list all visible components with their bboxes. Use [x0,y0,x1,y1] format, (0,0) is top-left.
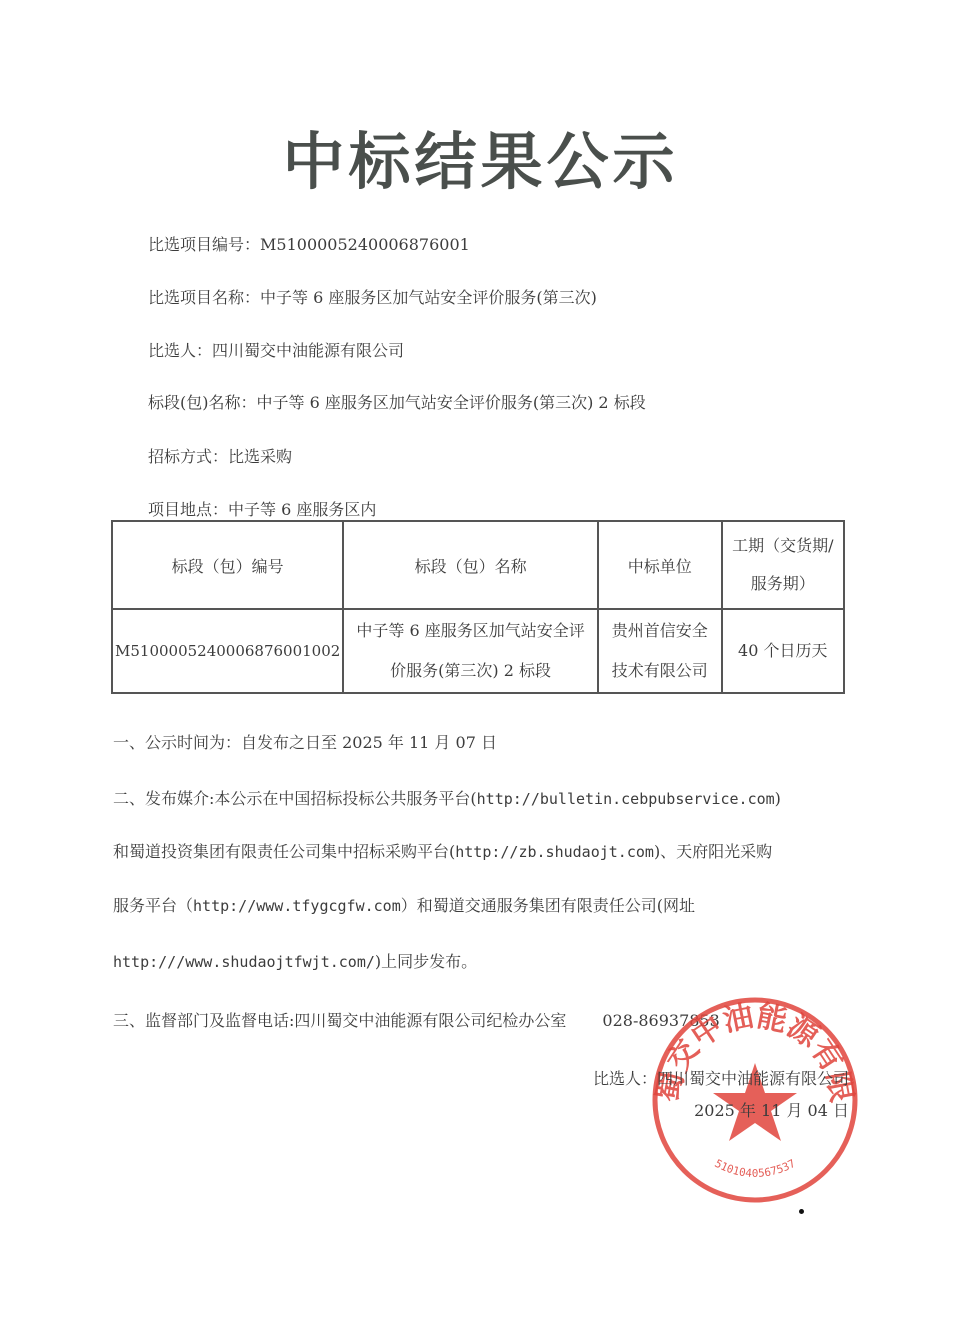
note-media-line1: 二、发布媒介:本公示在中国招标投标公共服务平台(http://bulletin.… [113,786,781,809]
field-label: 比选项目编号： [148,235,260,254]
field-value: 四川蜀交中油能源有限公司 [212,341,404,360]
note-text: ) [775,789,781,808]
field-value: 中子等 6 座服务区加气站安全评价服务(第三次) 2 标段 [257,393,646,412]
note-text: 三、监督部门及监督电话:四川蜀交中油能源有限公司纪检办公室 [113,1011,566,1030]
signature-date: 2025 年 11 月 04 日 [694,1098,849,1121]
link-shudaojt[interactable]: http://zb.shudaojt.com [455,843,654,861]
header-lot-code: 标段（包）编号 [112,521,343,609]
note-media-line4: http:///www.shudaojtfwjt.com/)上同步发布。 [113,949,477,972]
note-publicity-period: 一、公示时间为：自发布之日至 2025 年 11 月 07 日 [113,730,497,753]
field-value: 中子等 6 座服务区内 [228,500,376,519]
result-table: 标段（包）编号 标段（包）名称 中标单位 工期（交货期/ 服务期） M51000… [111,520,845,694]
note-text: )、天府阳光采购 [654,842,772,861]
signature-issuer: 比选人：四川蜀交中油能源有限公司 [593,1066,849,1089]
header-period-line2: 服务期） [725,565,841,603]
cell-lot-name-line2: 价服务(第三次) 2 标段 [346,651,595,691]
field-label: 比选项目名称： [148,288,260,307]
note-media-line3: 服务平台（http://www.tfygcgfw.com）和蜀道交通服务集团有限… [113,893,695,916]
table-row: M5100005240006876001002 中子等 6 座服务区加气站安全评… [112,609,844,693]
note-text: ）和蜀道交通服务集团有限责任公司(网址 [401,896,695,915]
field-bid-method: 招标方式：比选采购 [148,444,292,467]
note-media-line2: 和蜀道投资集团有限责任公司集中招标采购平台(http://zb.shudaojt… [113,839,772,862]
table-header-row: 标段（包）编号 标段（包）名称 中标单位 工期（交货期/ 服务期） [112,521,844,609]
field-lot-name: 标段(包)名称：中子等 6 座服务区加气站安全评价服务(第三次) 2 标段 [148,390,646,413]
header-lot-name: 标段（包）名称 [343,521,598,609]
field-label: 标段(包)名称： [148,393,257,412]
header-winner: 中标单位 [598,521,722,609]
field-label: 项目地点： [148,500,228,519]
link-cebpubservice[interactable]: http://bulletin.cebpubservice.com [477,790,775,808]
document-title: 中标结果公示 [0,112,961,201]
svg-text:5101040567537: 5101040567537 [712,1157,797,1180]
field-label: 招标方式： [148,447,228,466]
field-value: 中子等 6 座服务区加气站安全评价服务(第三次) [260,288,597,307]
note-text: 二、发布媒介:本公示在中国招标投标公共服务平台( [113,789,477,808]
field-value: M5100005240006876001 [260,235,470,254]
cell-winner-line2: 技术有限公司 [601,651,719,691]
link-tfygcgfw[interactable]: http://www.tfygcgfw.com [193,897,401,915]
cell-lot-code: M5100005240006876001002 [112,609,343,693]
cell-winner: 贵州首信安全 技术有限公司 [598,609,722,693]
field-selector: 比选人：四川蜀交中油能源有限公司 [148,338,404,361]
cell-lot-name: 中子等 6 座服务区加气站安全评 价服务(第三次) 2 标段 [343,609,598,693]
field-location: 项目地点：中子等 6 座服务区内 [148,497,376,520]
field-label: 比选人： [148,341,212,360]
note-text: 服务平台（ [113,896,193,915]
cell-lot-name-line1: 中子等 6 座服务区加气站安全评 [346,611,595,651]
note-text: 和蜀道投资集团有限责任公司集中招标采购平台( [113,842,455,861]
header-period: 工期（交货期/ 服务期） [722,521,844,609]
field-project-name: 比选项目名称：中子等 6 座服务区加气站安全评价服务(第三次) [148,285,597,308]
field-value: 比选采购 [228,447,292,466]
scan-speck [799,1209,804,1214]
cell-winner-line1: 贵州首信安全 [601,611,719,651]
cell-period: 40 个日历天 [722,609,844,693]
note-text: )上同步发布。 [375,952,477,971]
header-period-line1: 工期（交货期/ [725,527,841,565]
note-supervision: 三、监督部门及监督电话:四川蜀交中油能源有限公司纪检办公室028-8693785… [113,1008,720,1031]
field-project-number: 比选项目编号：M5100005240006876001 [148,232,470,255]
link-shudaojtfwjt[interactable]: http:///www.shudaojtfwjt.com/ [113,953,375,971]
